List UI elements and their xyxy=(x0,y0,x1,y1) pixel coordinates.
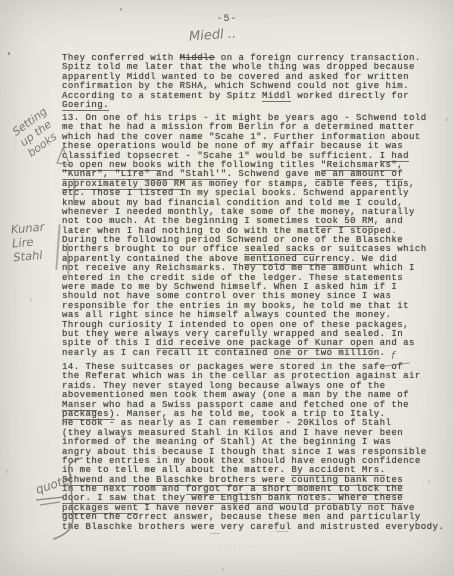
paragraph-14: 14. These suitcases or packages were sto… xyxy=(62,363,454,532)
text-line: Stahl xyxy=(13,248,48,265)
margin-stroke-beside-currency-note xyxy=(55,224,60,270)
text-line: the Blaschke brothers were very careful … xyxy=(62,523,454,532)
page-number: -5- xyxy=(0,14,454,25)
handwritten-f-correction: f xyxy=(391,349,395,362)
bottom-smudge-mark: ~'::. -. xyxy=(219,543,275,552)
text-line: According to a statement by Spitz Middl … xyxy=(62,92,454,101)
text-line: Kunar xyxy=(10,220,45,237)
paragraph-13: 13. On one of his trips - it might be ye… xyxy=(62,114,454,358)
scanned-document-page: -5- Miedl .. They conferred with Middle … xyxy=(0,0,454,576)
paragraph-12: They conferred with Middle on a foreign … xyxy=(62,54,454,110)
text-line: Goering. xyxy=(62,101,454,110)
bottom-dash-mark-left xyxy=(210,533,220,534)
margin-line-mark-upper xyxy=(73,178,75,205)
text-line: nearly as I can recall it contained one … xyxy=(62,349,454,358)
handwritten-margin-note-currency-names: KunarLireStahl xyxy=(10,220,47,265)
scan-noise-speckles xyxy=(8,52,10,55)
margin-triangle-mark xyxy=(56,147,72,167)
bottom-dash-mark-right xyxy=(276,531,288,532)
margin-bracket-mark xyxy=(52,452,86,544)
handwritten-miedl-annotation: Miedl .. xyxy=(189,26,237,44)
